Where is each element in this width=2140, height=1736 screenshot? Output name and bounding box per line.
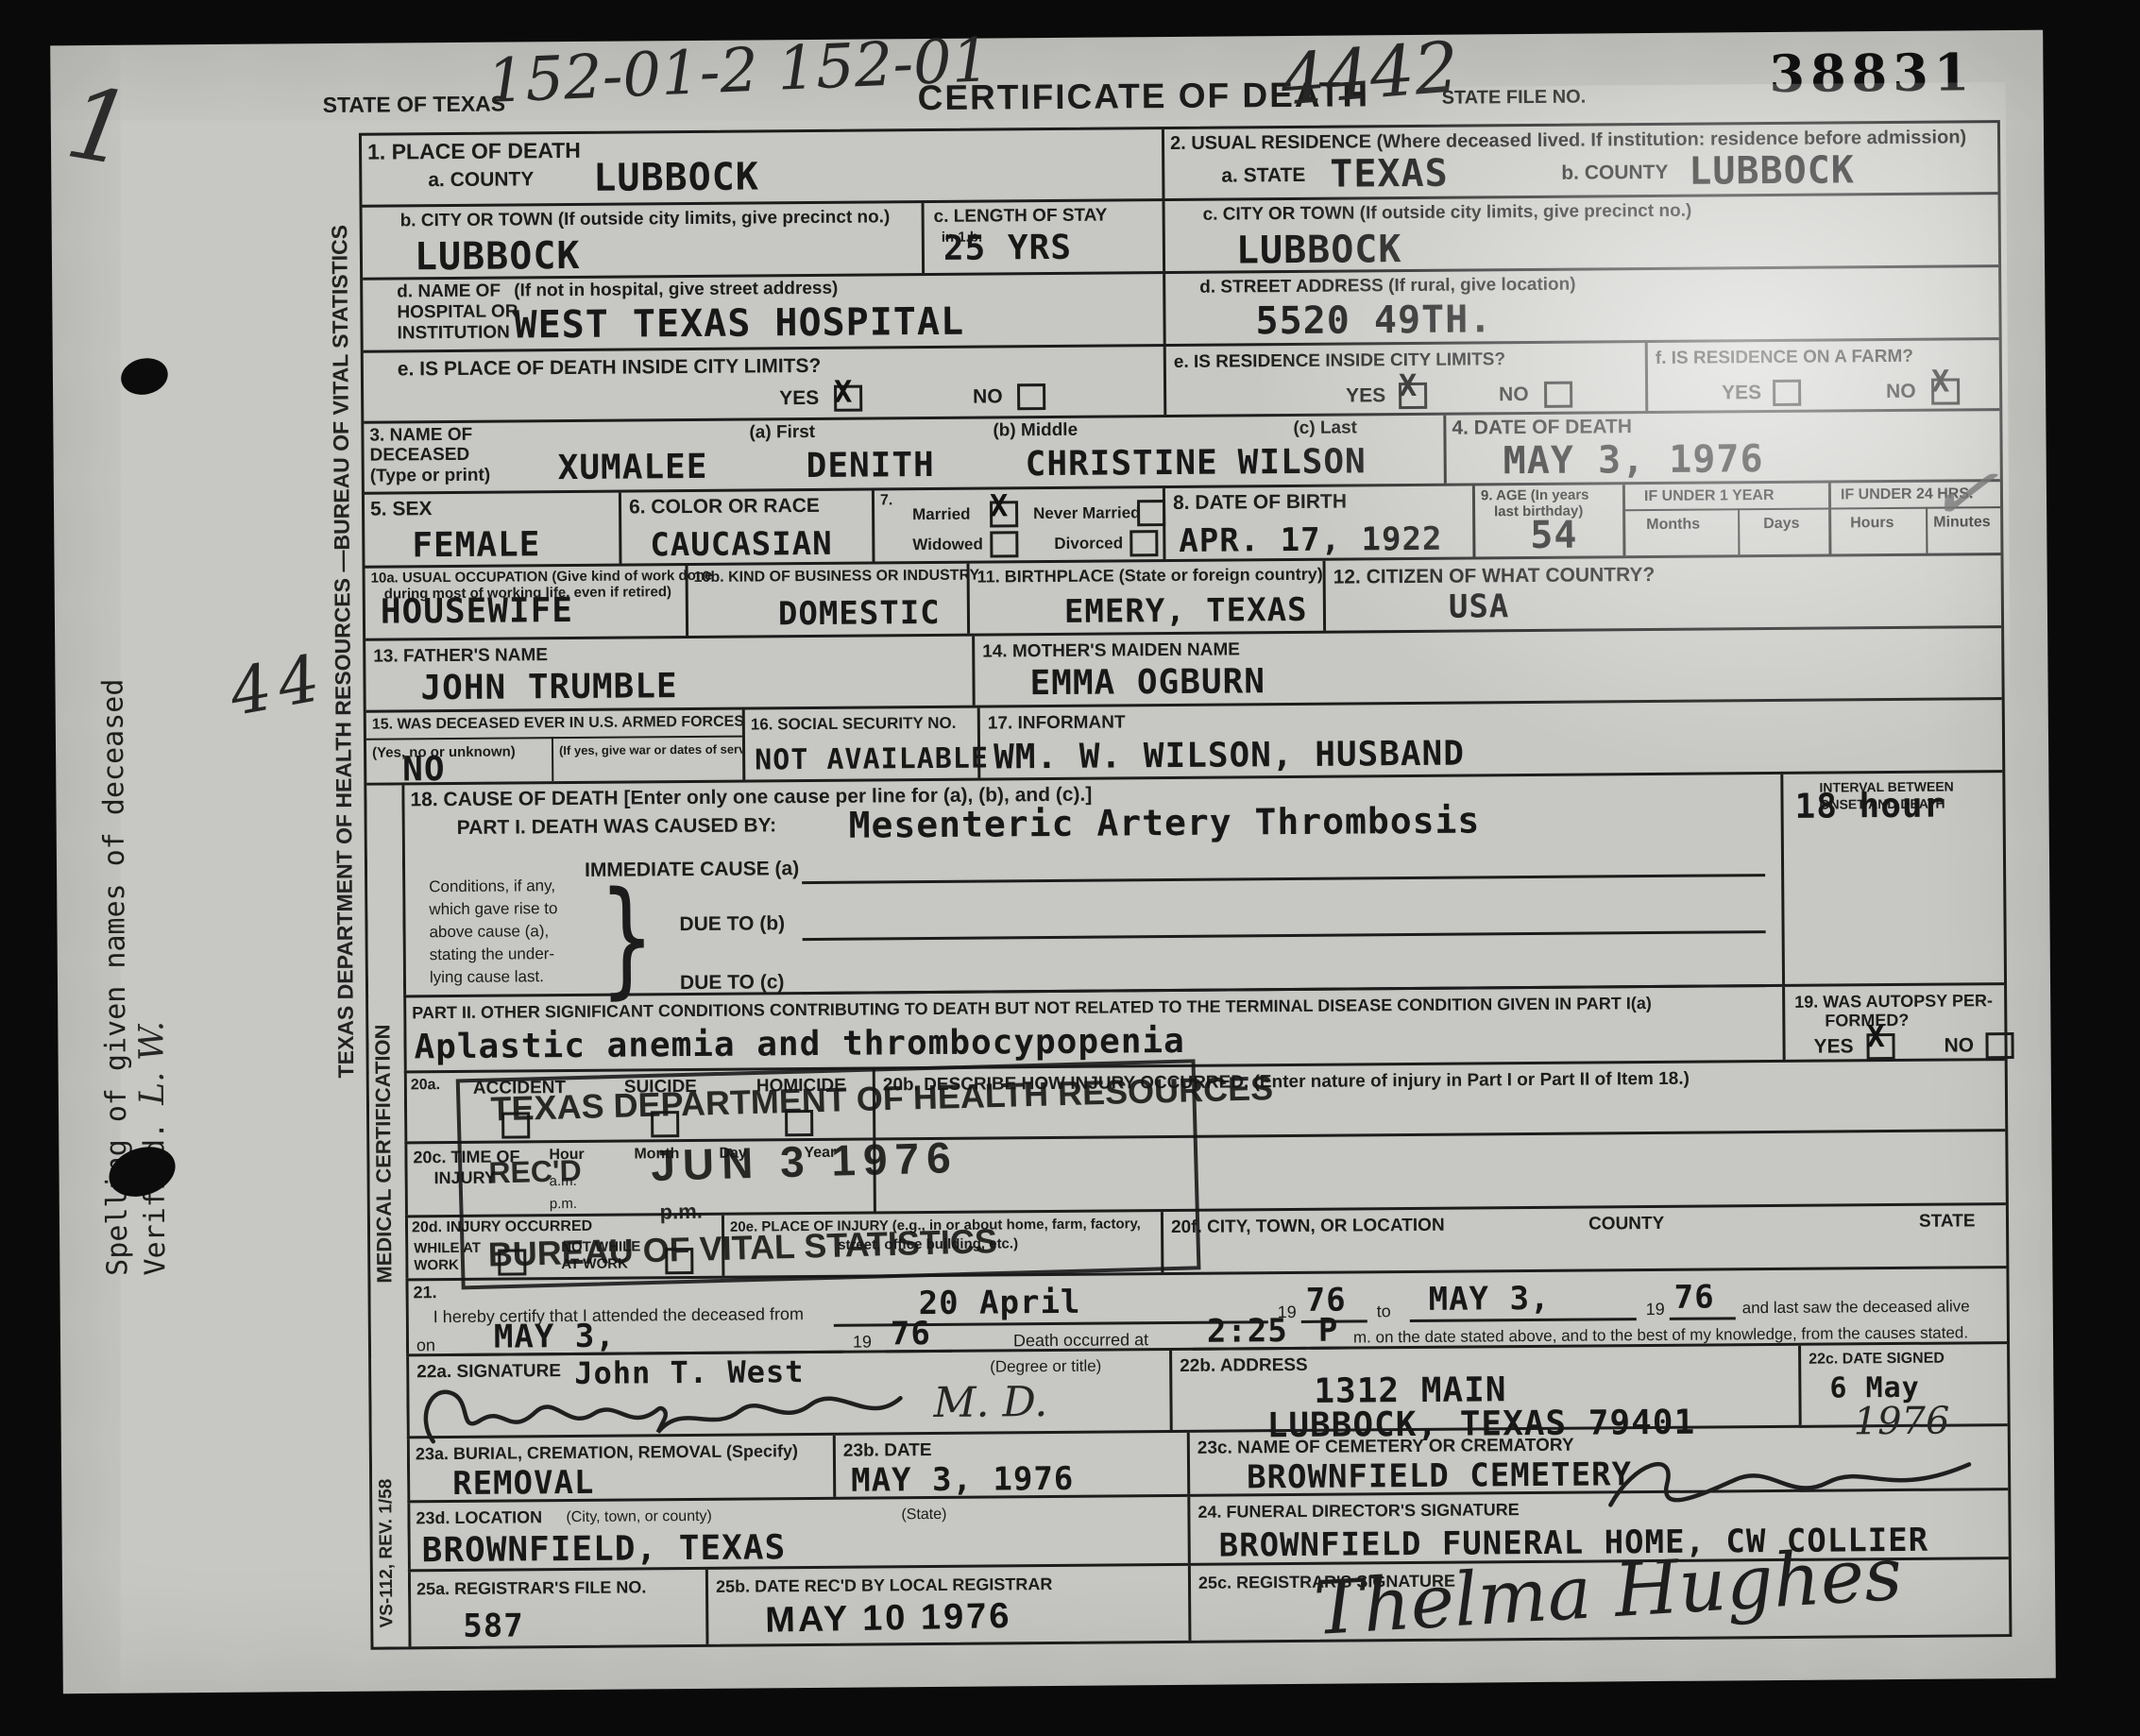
- residence-county-value: LUBBOCK: [1689, 148, 1855, 193]
- autopsy-no-label: NO: [1944, 1034, 1974, 1057]
- certify-text-1: I hereby certify that I attended the dec…: [433, 1304, 804, 1327]
- first-name-label: (a) First: [749, 422, 815, 444]
- conditions-line1: Conditions, if any,: [429, 877, 555, 896]
- never-married-checkbox: [1137, 500, 1165, 526]
- row-parents: 13. FATHER'S NAME JOHN TRUMBLE 14. MOTHE…: [365, 625, 2002, 710]
- name-middle-value-2: CHRISTINE: [1026, 444, 1218, 485]
- residence-no-checkbox: [1544, 382, 1572, 408]
- date-received-stamp: MAY 10 1976: [765, 1596, 1012, 1642]
- street-address-value: 5520 49TH.: [1255, 298, 1492, 343]
- place-city-limits-label: e. IS PLACE OF DEATH INSIDE CITY LIMITS?: [398, 355, 822, 382]
- dob-label: 8. DATE OF BIRTH: [1173, 491, 1347, 515]
- injury-city-label: 20f. CITY, TOWN, OR LOCATION: [1171, 1216, 1445, 1238]
- funeral-director-signature-scrawl: [1596, 1436, 1975, 1528]
- last-name-label: (c) Last: [1293, 417, 1357, 439]
- divorced-label: Divorced: [1054, 534, 1123, 553]
- age-label-1: 9. AGE (In years: [1481, 487, 1589, 504]
- due-to-b-label: DUE TO (b): [679, 912, 785, 936]
- stamp-recd: REC'D: [488, 1153, 582, 1191]
- address-label: 22b. ADDRESS: [1180, 1355, 1308, 1377]
- residence-city-label: c. CITY OR TOWN (If outside city limits,…: [1203, 201, 1692, 226]
- place-of-death-title: 1. PLACE OF DEATH: [367, 138, 581, 165]
- city-value: LUBBOCK: [415, 234, 581, 279]
- street-address-label: d. STREET ADDRESS (If rural, give locati…: [1199, 275, 1576, 298]
- ssn-label: 16. SOCIAL SECURITY NO.: [751, 714, 957, 735]
- part1-label: PART I. DEATH WAS CAUSED BY:: [457, 814, 777, 840]
- handwritten-checkmark: ✓: [1923, 442, 2003, 545]
- autopsy-label-1: 19. WAS AUTOPSY PER-: [1794, 991, 1993, 1013]
- row-city-limits-farm: e. IS PLACE OF DEATH INSIDE CITY LIMITS?…: [364, 337, 2000, 421]
- residence-yes-mark: X: [1399, 367, 1418, 403]
- never-married-label: Never Married: [1033, 503, 1141, 523]
- farm-no-mark: X: [1931, 364, 1950, 400]
- alive-on-value: MAY 3,: [494, 1318, 616, 1356]
- citizen-label: 12. CITIZEN OF WHAT COUNTRY?: [1333, 564, 1656, 589]
- burial-date-label: 23b. DATE: [843, 1440, 932, 1462]
- to-label: to: [1377, 1302, 1391, 1321]
- certificate-paper: STATE OF TEXAS 152-01-2 152-01 CERTIFICA…: [50, 30, 2056, 1694]
- handwritten-file-codes: 152-01-2 152-01: [485, 26, 992, 117]
- stamp-date: JUN 3 1976: [651, 1132, 960, 1191]
- race-value: CAUCASIAN: [650, 525, 833, 565]
- sidebar-form-number: VS-112, REV. 1/58: [376, 1449, 399, 1657]
- mother-label: 14. MOTHER'S MAIDEN NAME: [982, 639, 1240, 662]
- county-value: LUBBOCK: [593, 155, 759, 199]
- certify-text-2: and last saw the deceased alive: [1742, 1297, 1970, 1318]
- row-registrar: 25a. REGISTRAR'S FILE NO. 587 25b. DATE …: [373, 1557, 2010, 1647]
- county-label: a. COUNTY: [428, 168, 534, 192]
- race-label: 6. COLOR OR RACE: [629, 495, 820, 519]
- months-label: Months: [1646, 517, 1700, 534]
- sidebar-agency-text: TEXAS DEPARTMENT OF HEALTH RESOURCES —BU…: [327, 247, 359, 1078]
- state-file-no-label: STATE FILE NO.: [1442, 87, 1587, 110]
- injury-county-label: COUNTY: [1588, 1214, 1664, 1235]
- year-19-label-3: 19: [853, 1333, 872, 1353]
- injury-state-label: STATE: [1919, 1211, 1976, 1232]
- row-place-usual-residence: 1. PLACE OF DEATH a. COUNTY LUBBOCK 2. U…: [362, 123, 1998, 205]
- sidebar-medical-certification: MEDICAL CERTIFICATION: [370, 955, 398, 1352]
- farm-yes-label: YES: [1722, 382, 1761, 404]
- conditions-line5: lying cause last.: [430, 967, 544, 987]
- informant-value: WM. W. WILSON, HUSBAND: [994, 735, 1465, 777]
- sex-label: 5. SEX: [370, 498, 433, 521]
- immediate-cause-value: Mesenteric Artery Thrombosis: [849, 799, 1481, 845]
- days-label: Days: [1763, 516, 1799, 533]
- handwritten-44: 44: [224, 640, 332, 731]
- margin-note-line2: Verified.: [138, 1122, 172, 1276]
- date-signed-label: 22c. DATE SIGNED: [1809, 1351, 1945, 1369]
- length-of-stay-value: 25 YRS: [943, 229, 1072, 268]
- funeral-director-label: 24. FUNERAL DIRECTOR'S SIGNATURE: [1197, 1500, 1519, 1523]
- residence-city-limits-label: e. IS RESIDENCE INSIDE CITY LIMITS?: [1174, 349, 1505, 373]
- place-no-checkbox: [1017, 383, 1045, 410]
- conditions-brace: }: [599, 864, 655, 1012]
- birthplace-label: 11. BIRTHPLACE (State or foreign country…: [977, 565, 1323, 587]
- registrar-file-value: 587: [463, 1607, 524, 1645]
- row-occupation-birthplace: 10a. USUAL OCCUPATION (Give kind of work…: [365, 553, 2002, 638]
- date-of-death-label: 4. DATE OF DEATH: [1452, 416, 1632, 439]
- hospital-label-3: INSTITUTION: [398, 323, 510, 345]
- attended-from-value: 20 April: [919, 1284, 1081, 1322]
- location-label: 23d. LOCATION: [416, 1507, 542, 1528]
- physician-signature-scrawl: [414, 1371, 943, 1446]
- part2-label: PART II. OTHER SIGNIFICANT CONDITIONS CO…: [412, 994, 1652, 1023]
- part2-value: Aplastic anemia and thrombocypopenia: [414, 1022, 1185, 1066]
- state-file-number-stamp: 38831: [1769, 42, 1975, 104]
- armed-forces-label: 15. WAS DECEASED EVER IN U.S. ARMED FORC…: [372, 713, 743, 733]
- informant-label: 17. INFORMANT: [988, 712, 1126, 734]
- industry-label: 10b. KIND OF BUSINESS OR INDUSTRY: [694, 568, 980, 587]
- burial-value: REMOVAL: [452, 1464, 595, 1503]
- autopsy-yes-mark: X: [1866, 1018, 1885, 1054]
- row-forces-ssn-informant: 15. WAS DECEASED EVER IN U.S. ARMED FORC…: [366, 697, 2003, 783]
- name-middle-value-1: DENITH: [807, 446, 935, 485]
- residence-state-label: a. STATE: [1221, 164, 1305, 188]
- hospital-label-2: HOSPITAL OR: [397, 301, 518, 323]
- conditions-line3: above cause (a),: [429, 922, 549, 942]
- hours-label: Hours: [1850, 515, 1894, 532]
- location-sub-city: (City, town, or county): [566, 1508, 712, 1526]
- place-no-label: NO: [973, 385, 1003, 408]
- farm-label: f. IS RESIDENCE ON A FARM?: [1656, 347, 1913, 369]
- city-label: b. CITY OR TOWN (If outside city limits,…: [400, 207, 891, 231]
- residence-county-label: b. COUNTY: [1561, 162, 1668, 185]
- scanned-document-background: STATE OF TEXAS 152-01-2 152-01 CERTIFICA…: [0, 0, 2140, 1736]
- on-label: on: [416, 1336, 435, 1355]
- industry-value: DOMESTIC: [778, 594, 941, 633]
- middle-name-label: (b) Middle: [993, 420, 1078, 442]
- burial-date-value: MAY 3, 1976: [851, 1460, 1074, 1500]
- armed-forces-sub2: (If yes, give war or dates of service): [559, 741, 742, 757]
- under-1-year-label: IF UNDER 1 YEAR: [1644, 487, 1775, 505]
- residence-yes-label: YES: [1346, 384, 1385, 407]
- autopsy-no-checkbox: [1985, 1032, 2013, 1059]
- punch-hole-top: [117, 354, 171, 400]
- item-21-label: 21.: [413, 1283, 436, 1302]
- residence-city-value: LUBBOCK: [1236, 228, 1402, 272]
- father-label: 13. FATHER'S NAME: [373, 645, 548, 667]
- birthplace-value: EMERY, TEXAS: [1064, 591, 1308, 631]
- widowed-label: Widowed: [912, 536, 983, 555]
- row-city-stay: b. CITY OR TOWN (If outside city limits,…: [363, 192, 1999, 278]
- mother-value: EMMA OGBURN: [1029, 662, 1265, 703]
- pm-value: P: [1318, 1312, 1339, 1350]
- location-value: BROWNFIELD, TEXAS: [422, 1528, 787, 1570]
- name-first-value: XUMALEE: [558, 448, 708, 487]
- place-yes-label: YES: [779, 387, 819, 410]
- row-sex-race-age: 5. SEX FEMALE 6. COLOR OR RACE CAUCASIAN…: [365, 479, 2001, 566]
- name-label-1: 3. NAME OF: [369, 425, 472, 447]
- row-cause-of-death: 18. CAUSE OF DEATH [Enter only one cause…: [366, 770, 2004, 996]
- handwritten-page-mark: 1: [59, 64, 140, 188]
- married-mark: X: [990, 487, 1009, 523]
- divorced-checkbox: [1129, 530, 1158, 556]
- item-20a-label: 20a.: [411, 1077, 440, 1094]
- farm-no-label: NO: [1886, 381, 1916, 403]
- received-stamp: TEXAS DEPARTMENT OF HEALTH RESOURCES REC…: [456, 1059, 1201, 1289]
- attended-to-value: MAY 3,: [1428, 1280, 1550, 1319]
- time-of-death-value: 2:25: [1207, 1312, 1288, 1351]
- age-value: 54: [1530, 514, 1578, 557]
- father-value: JOHN TRUMBLE: [420, 667, 677, 707]
- location-sub-state: (State): [901, 1506, 946, 1523]
- row-part2-autopsy: PART II. OTHER SIGNIFICANT CONDITIONS CO…: [368, 982, 2005, 1071]
- place-yes-mark: X: [834, 374, 853, 410]
- row-hospital-street: d. NAME OF HOSPITAL OR INSTITUTION (If n…: [363, 264, 1999, 350]
- autopsy-yes-label: YES: [1813, 1035, 1853, 1058]
- name-label-2: DECEASED: [370, 445, 470, 467]
- stamp-line1: TEXAS DEPARTMENT OF HEALTH RESOURCES: [490, 1068, 1274, 1129]
- length-of-stay-label: c. LENGTH OF STAY: [934, 206, 1108, 228]
- married-label: Married: [912, 505, 971, 524]
- date-received-label: 25b. DATE REC'D BY LOCAL REGISTRAR: [716, 1574, 1052, 1597]
- year-19-label-2: 19: [1646, 1300, 1665, 1319]
- residence-state-value: TEXAS: [1330, 152, 1449, 196]
- stamp-pm: p.m.: [659, 1200, 703, 1225]
- ssn-value: NOT AVAILABLE: [755, 742, 989, 777]
- row-physician: 22a. SIGNATURE John T. West (Degree or t…: [371, 1341, 2008, 1437]
- residence-no-label: NO: [1499, 383, 1529, 406]
- armed-forces-value: NO: [402, 750, 446, 783]
- state-of-texas-label: STATE OF TEXAS: [323, 92, 506, 119]
- work-label: WORK: [414, 1257, 459, 1273]
- handwritten-number: 4442: [1278, 26, 1461, 121]
- occupation-value: HOUSEWIFE: [381, 591, 573, 632]
- dob-value: APR. 17, 1922: [1179, 520, 1442, 560]
- conditions-line2: which gave rise to: [429, 899, 557, 919]
- date-of-death-value: MAY 3, 1976: [1503, 437, 1764, 483]
- hospital-sublabel: (If not in hospital, give street address…: [514, 279, 838, 302]
- year-76-value-3: 76: [891, 1315, 931, 1353]
- name-last-value: WILSON: [1238, 442, 1367, 482]
- registrar-file-label: 25a. REGISTRAR'S FILE NO.: [416, 1577, 646, 1599]
- marital-label: 7.: [880, 492, 892, 509]
- widowed-checkbox: [990, 531, 1018, 557]
- certificate-form: 1. PLACE OF DEATH a. COUNTY LUBBOCK 2. U…: [359, 120, 2013, 1650]
- year-76-value-2: 76: [1673, 1279, 1714, 1317]
- farm-yes-checkbox: [1773, 380, 1801, 406]
- interval-value: 18 hour: [1794, 787, 1945, 826]
- hospital-label-1: d. NAME OF: [397, 281, 501, 303]
- sex-value: FEMALE: [412, 525, 540, 565]
- stamp-line3: BUREAU OF VITAL STATISTICS: [487, 1221, 997, 1275]
- margin-note-initials: L. W.: [132, 1021, 172, 1105]
- hospital-value: WEST TEXAS HOSPITAL: [514, 300, 964, 348]
- degree-value: M. D.: [933, 1378, 1047, 1427]
- row-name-dod: 3. NAME OF DECEASED (Type or print) (a) …: [364, 408, 2000, 492]
- citizen-value: USA: [1449, 587, 1510, 626]
- name-label-3: (Type or print): [370, 466, 491, 487]
- degree-label: (Degree or title): [990, 1357, 1101, 1377]
- conditions-line4: stating the under-: [430, 945, 554, 964]
